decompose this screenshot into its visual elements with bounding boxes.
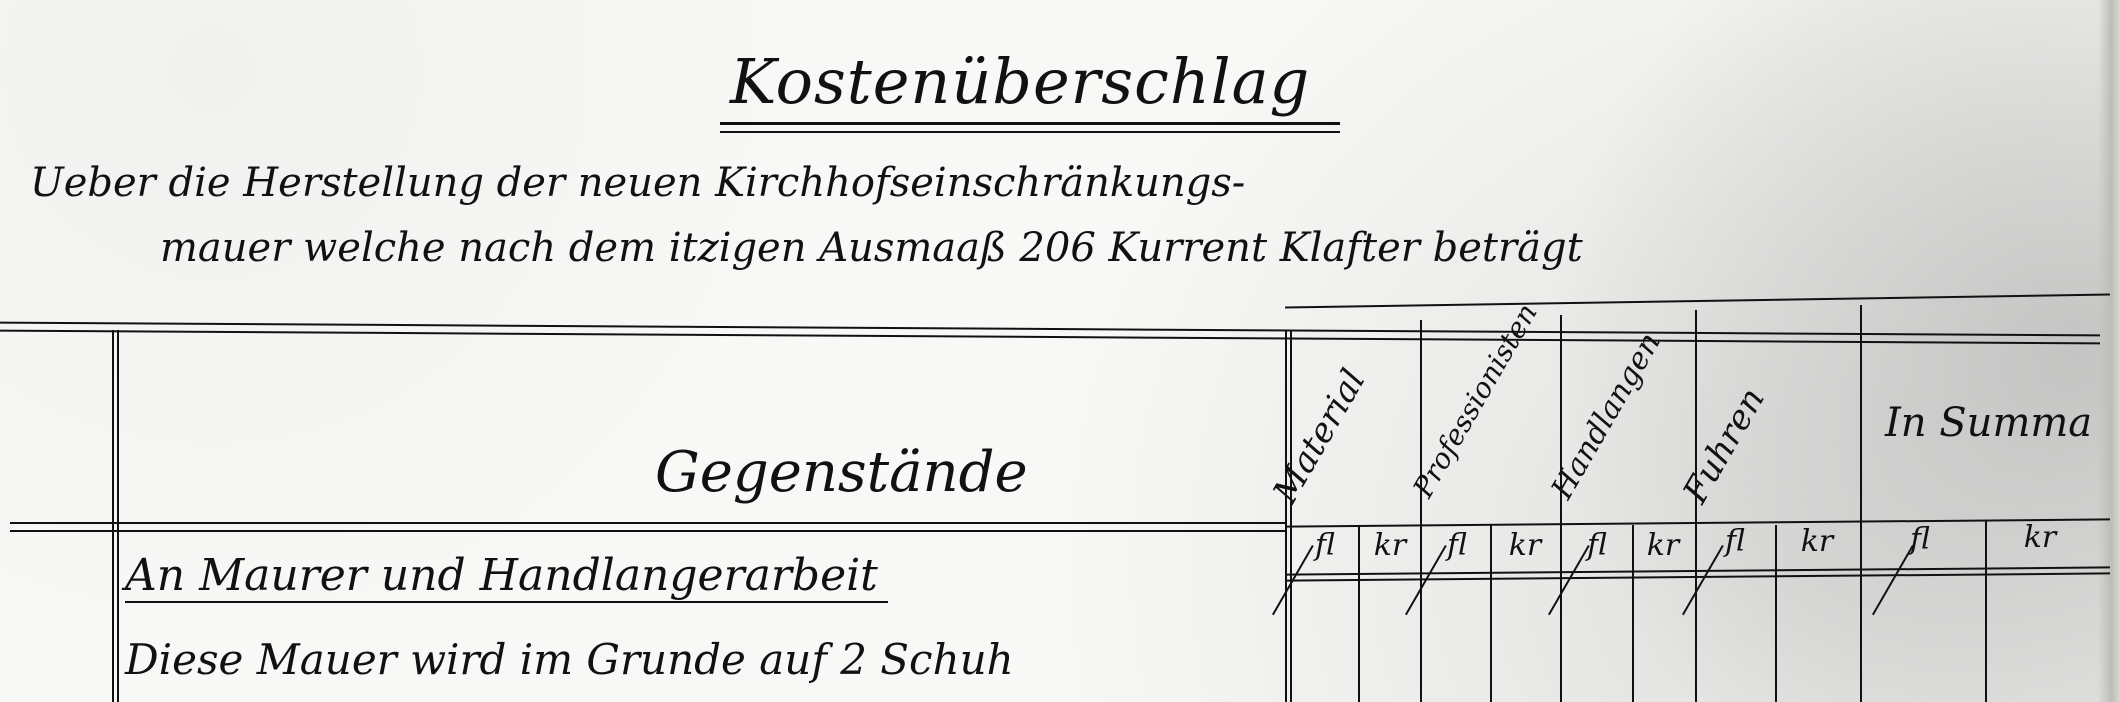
subtitle-line-1: Ueber die Herstellung der neuen Kirchhof… [30,160,1245,206]
sub-material-fl: fl [1290,528,1360,563]
header-bottom-rule-2 [10,530,1285,532]
sub-divider-summa [1985,520,1987,702]
description-right-rule [1285,330,1287,702]
header-bottom-rule [10,522,1285,524]
description-right-rule-2 [1290,330,1292,702]
header-in-summa: In Summa [1885,400,2092,446]
sub-material-kr: kr [1355,528,1425,563]
sub-divider-fuhren [1775,525,1777,702]
sub-fuhren-kr: kr [1782,524,1852,559]
torn-page-edge [2098,0,2120,702]
sub-prof-fl: fl [1422,528,1492,563]
left-margin-rule-2 [117,330,119,702]
subtitle-line-2: mauer welche nach dem itzigen Ausmaaß 20… [160,225,1583,271]
left-margin-rule [112,330,114,702]
row-description: Diese Mauer wird im Grunde auf 2 Schuh [125,635,1014,684]
col-material-right [1420,320,1422,702]
header-gegenstaende: Gegenstände [655,440,1028,505]
sub-summa-fl: fl [1885,522,1955,557]
sub-handl-kr: kr [1628,528,1698,563]
col-handl-right [1695,310,1697,702]
sub-fuhren-fl: fl [1700,524,1770,559]
title-double-underline [720,122,1340,133]
sub-summa-kr: kr [2005,520,2075,555]
sub-prof-kr: kr [1490,528,1560,563]
col-fuhren-right [1860,305,1862,702]
section-title-maurerarbeit: An Maurer und Handlangerarbeit [125,550,888,603]
sub-handl-fl: fl [1562,528,1632,563]
col-prof-right [1560,315,1562,702]
document-title: Kostenüberschlag [730,45,1310,124]
